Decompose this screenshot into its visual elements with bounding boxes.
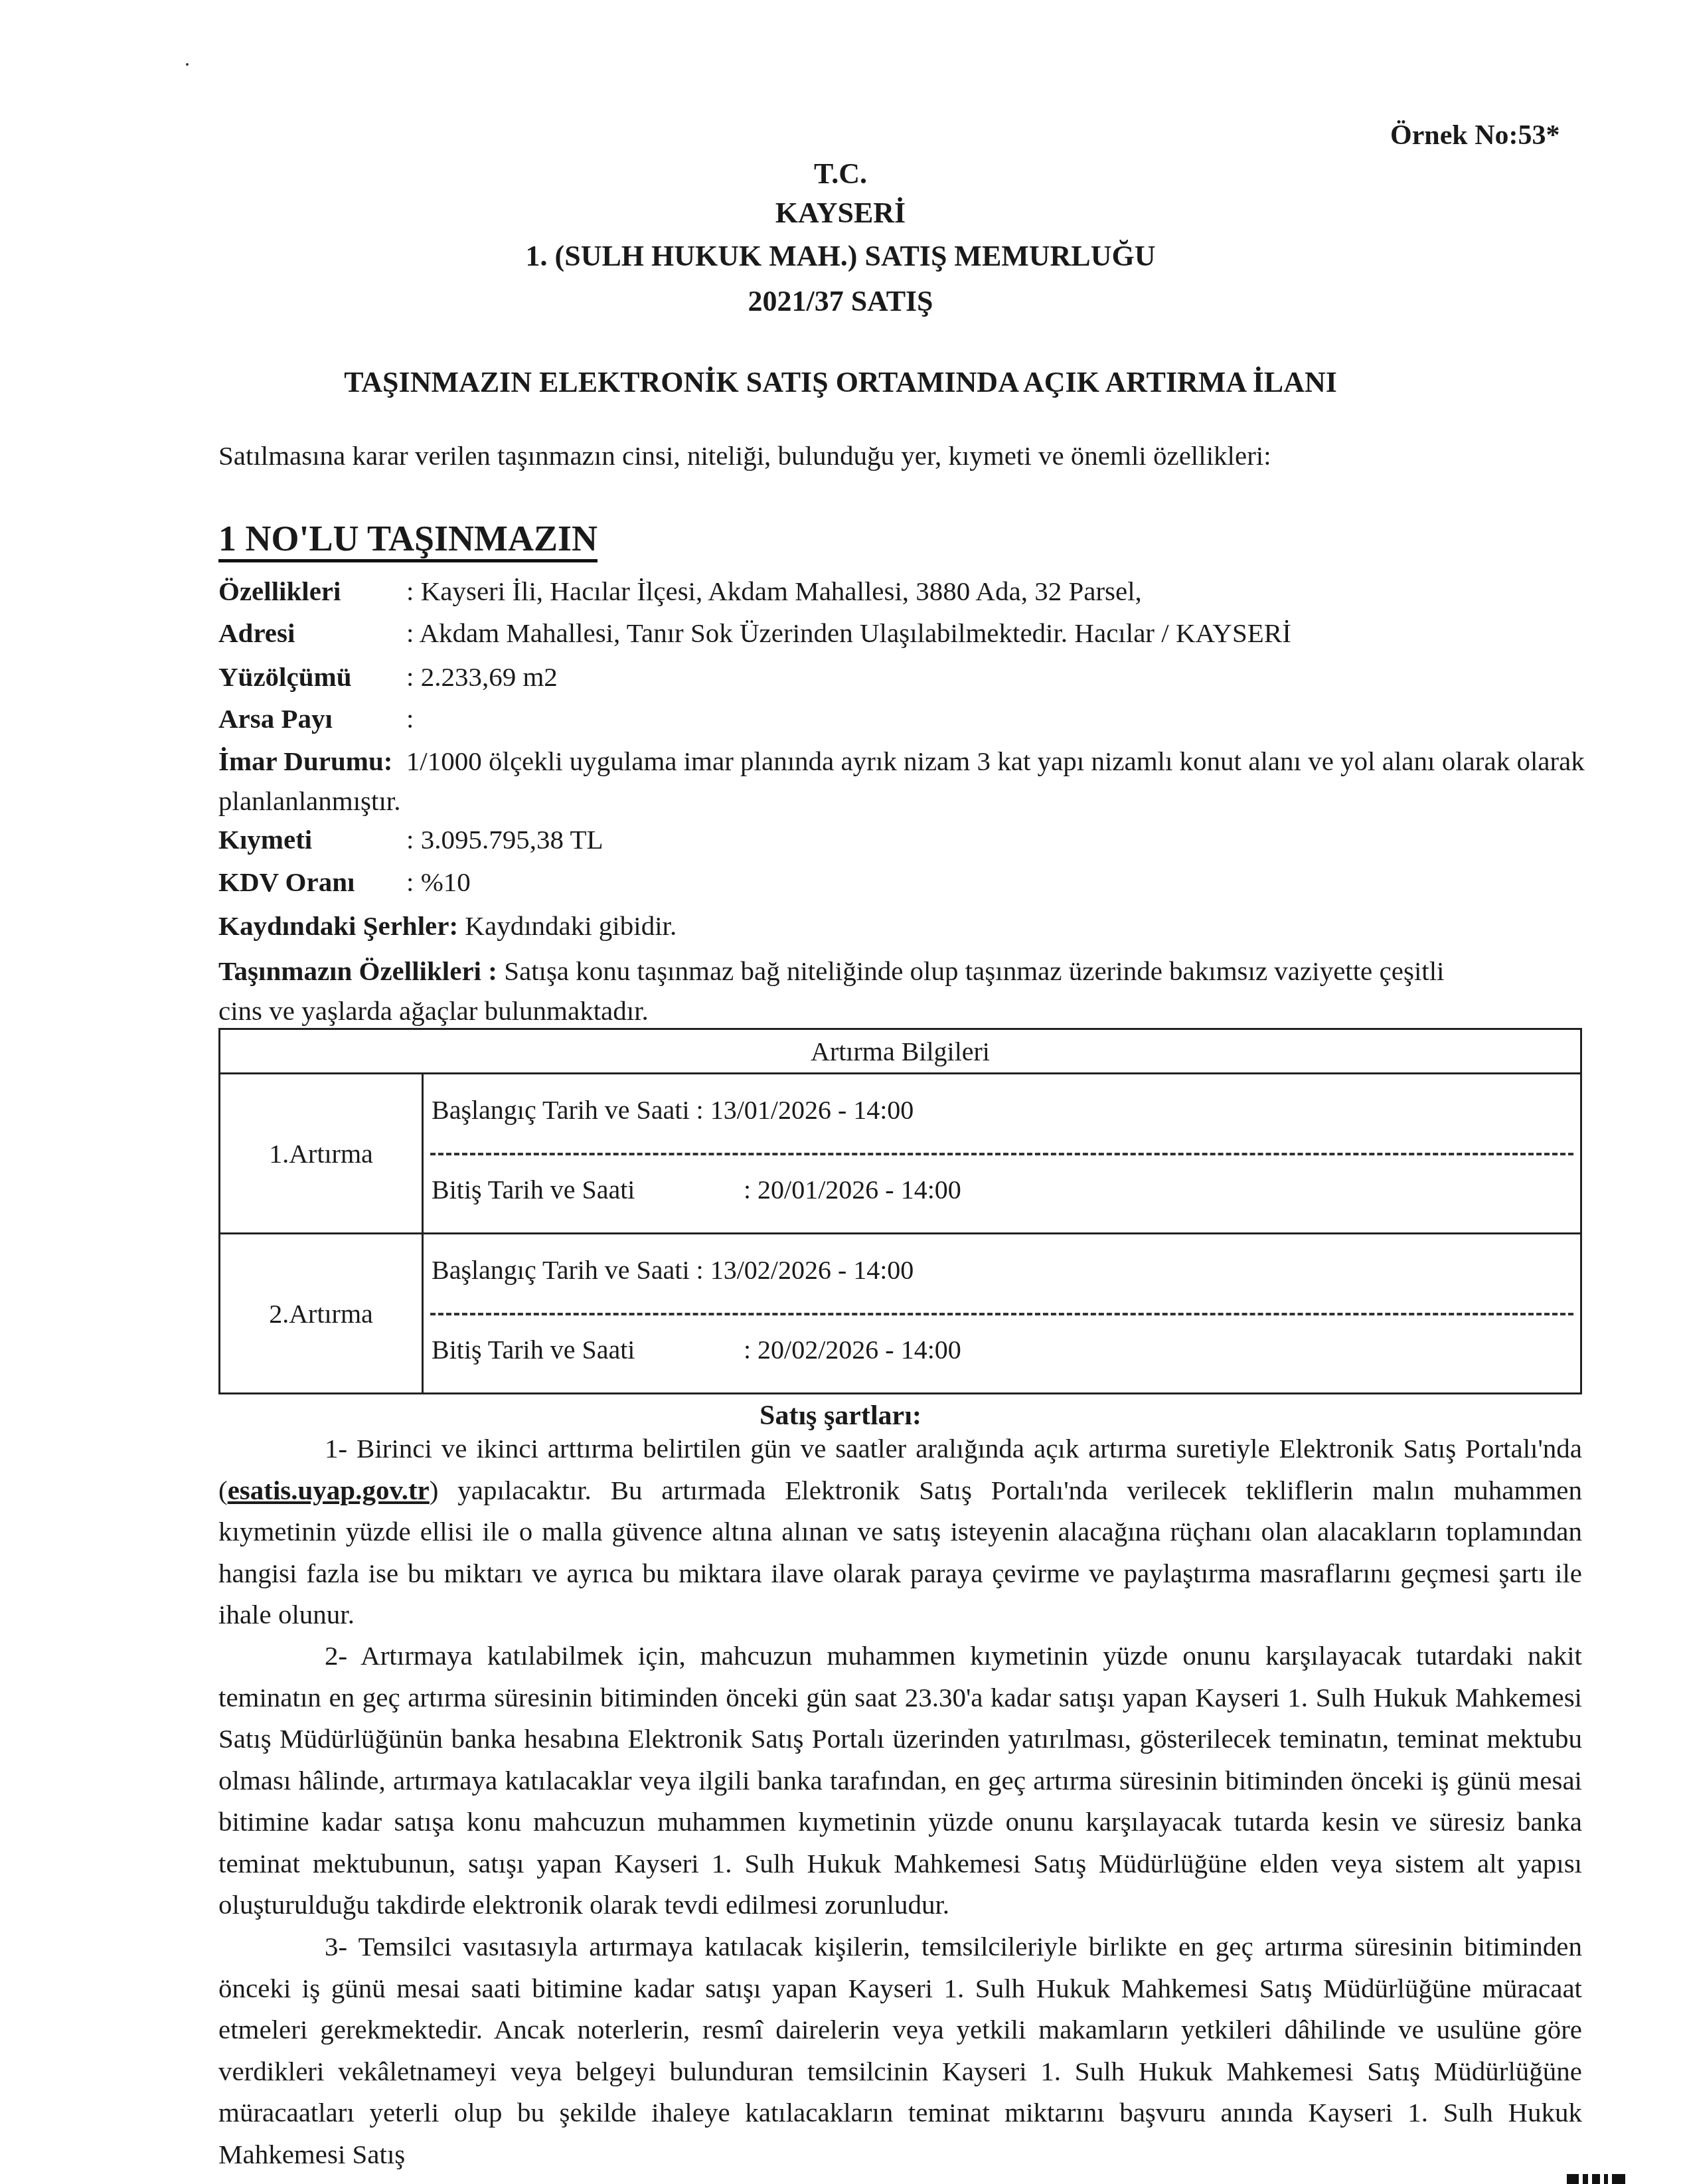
round-start: Başlangıç Tarih ve Saati : 13/02/2026 - …: [432, 1254, 914, 1286]
end-label: Bitiş Tarih ve Saati: [432, 1334, 744, 1365]
round-dates: Başlangıç Tarih ve Saati : 13/01/2026 - …: [423, 1074, 1581, 1234]
prop-label: Kıymeti: [218, 823, 406, 855]
prop-label: Kaydındaki Şerhler:: [218, 910, 458, 941]
prop-yuzolcumu: Yüzölçümü: 2.233,69 m2: [218, 661, 558, 693]
prop-value: : Kayseri İli, Hacılar İlçesi, Akdam Mah…: [406, 576, 1142, 606]
prop-value: : 2.233,69 m2: [406, 661, 558, 692]
prop-ozellikleri: Özellikleri: Kayseri İli, Hacılar İlçesi…: [218, 575, 1142, 607]
prop-arsa-payi: Arsa Payı:: [218, 703, 414, 734]
round-start: Başlangıç Tarih ve Saati : 13/01/2026 - …: [432, 1094, 914, 1126]
auction-round-row: 1.Artırma Başlangıç Tarih ve Saati : 13/…: [220, 1074, 1581, 1234]
start-label: Başlangıç Tarih ve Saati: [432, 1095, 690, 1125]
term-paragraph-3: 3- Temsilci vasıtasıyla artırmaya katıla…: [218, 1926, 1582, 2175]
prop-label: İmar Durumu:: [218, 746, 392, 776]
round-end: Bitiş Tarih ve Saati: 20/01/2026 - 14:00: [432, 1174, 961, 1205]
prop-kdv-orani: KDV Oranı: %10: [218, 866, 471, 898]
prop-label: KDV Oranı: [218, 866, 406, 898]
prop-label: Taşınmazın Özellikleri :: [218, 956, 497, 986]
prop-adresi: Adresi: Akdam Mahallesi, Tanır Sok Üzeri…: [218, 617, 1291, 649]
start-value: : 13/02/2026 - 14:00: [696, 1255, 914, 1285]
prop-label: Özellikleri: [218, 575, 406, 607]
prop-label: Adresi: [218, 617, 406, 649]
prop-value: : %10: [406, 867, 471, 897]
prop-label: Yüzölçümü: [218, 661, 406, 693]
start-value: : 13/01/2026 - 14:00: [696, 1095, 914, 1125]
auction-info-table: Artırma Bilgileri 1.Artırma Başlangıç Ta…: [218, 1028, 1582, 1394]
prop-value: Kaydındaki gibidir.: [465, 910, 677, 941]
dashed-separator: [430, 1313, 1573, 1315]
prop-kiymeti: Kıymeti: 3.095.795,38 TL: [218, 823, 603, 855]
end-label: Bitiş Tarih ve Saati: [432, 1174, 744, 1205]
round-dates: Başlangıç Tarih ve Saati : 13/02/2026 - …: [423, 1234, 1581, 1394]
property-heading: 1 NO'LU TAŞINMAZIN: [218, 518, 598, 562]
header-office: 1. (SULH HUKUK MAH.) SATIŞ MEMURLUĞU: [0, 239, 1681, 273]
prop-value: :: [406, 703, 414, 734]
esatis-link[interactable]: esatis.uyap.gov.tr: [228, 1475, 430, 1505]
auction-round-row: 2.Artırma Başlangıç Tarih ve Saati : 13/…: [220, 1234, 1581, 1394]
qr-code-fragment: [1567, 2171, 1627, 2184]
start-label: Başlangıç Tarih ve Saati: [432, 1255, 690, 1285]
header-file-no: 2021/37 SATIŞ: [0, 284, 1681, 318]
round-name: 2.Artırma: [220, 1234, 423, 1394]
prop-value: 1/1000 ölçekli uygulama imar planında ay…: [218, 746, 1585, 816]
dashed-separator: [430, 1153, 1573, 1155]
prop-value: : 3.095.795,38 TL: [406, 824, 603, 855]
document-title: TAŞINMAZIN ELEKTRONİK SATIŞ ORTAMINDA AÇ…: [0, 365, 1681, 399]
term-paragraph-2: 2- Artırmaya katılabilmek için, mahcuzun…: [218, 1635, 1582, 1926]
end-value: : 20/02/2026 - 14:00: [744, 1335, 961, 1365]
term-text: 2- Artırmaya katılabilmek için, mahcuzun…: [218, 1640, 1582, 1920]
prop-value: : Akdam Mahallesi, Tanır Sok Üzerinden U…: [406, 618, 1291, 648]
header-tc: T.C.: [0, 157, 1681, 191]
terms-title: Satış şartları:: [0, 1400, 1681, 1432]
term-text: 3- Temsilci vasıtasıyla artırmaya katıla…: [218, 1931, 1582, 2169]
prop-tasinmazin-ozellikleri: Taşınmazın Özellikleri : Satışa konu taş…: [218, 951, 1480, 1031]
auction-table-header: Artırma Bilgileri: [220, 1029, 1581, 1074]
sample-number: Örnek No:53*: [1390, 120, 1560, 151]
prop-label: Arsa Payı: [218, 703, 406, 734]
prop-imar-durumu: İmar Durumu: 1/1000 ölçekli uygulama ima…: [218, 741, 1586, 821]
scan-speck: [186, 63, 189, 66]
header-city: KAYSERİ: [0, 196, 1681, 230]
header-office-text: 1. (SULH HUKUK MAH.) SATIŞ MEMURLUĞU: [526, 240, 1156, 272]
term-paragraph-1: 1- Birinci ve ikinci arttırma belirtilen…: [218, 1428, 1582, 1636]
prop-kaydindaki-serhler: Kaydındaki Şerhler: Kaydındaki gibidir.: [218, 910, 677, 942]
round-name: 1.Artırma: [220, 1074, 423, 1234]
round-end: Bitiş Tarih ve Saati: 20/02/2026 - 14:00: [432, 1334, 961, 1365]
intro-text: Satılmasına karar verilen taşınmazın cin…: [218, 440, 1271, 471]
end-value: : 20/01/2026 - 14:00: [744, 1175, 961, 1205]
